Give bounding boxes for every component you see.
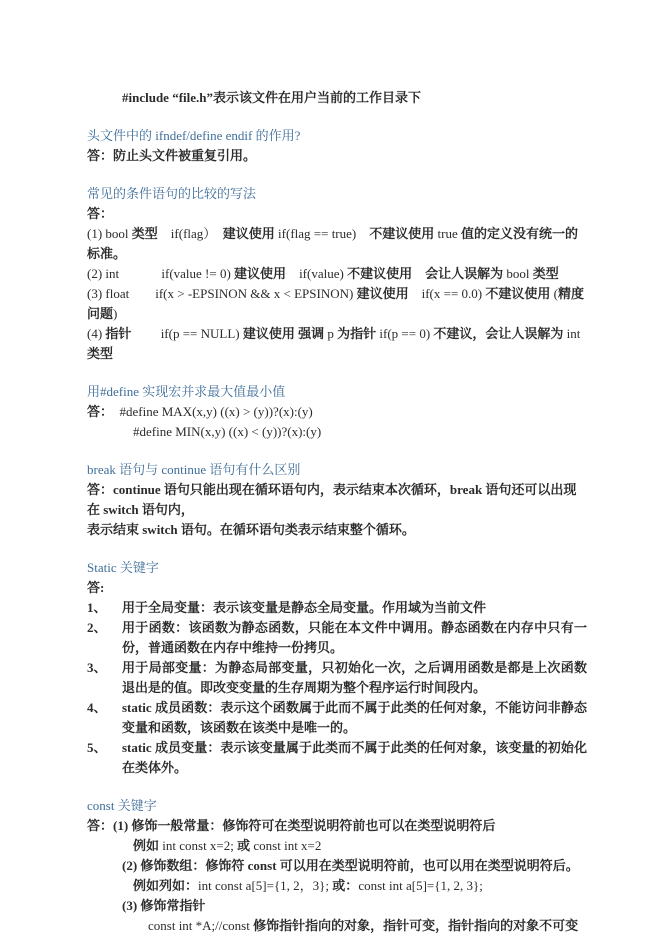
- text-segment: break 语句与 continue 语句有什么区别: [87, 462, 300, 477]
- text-segment: 用#define 实现宏并求最大值最小值: [87, 384, 285, 399]
- text-segment: static 成员函数：表示这个函数属于此而不属于此类的任何对象，不能访问非静态…: [122, 700, 587, 735]
- text-segment: const int *A;//const: [148, 918, 253, 933]
- text-line: #define MIN(x,y) ((x) < (y))?(x):(y): [87, 422, 587, 442]
- text-segment: const int a[5]={1, 2, 3};: [358, 878, 483, 893]
- text-segment: const 关键字: [87, 798, 157, 813]
- text-line: (1) bool 类型 if(flag） 建议使用 if(flag == tru…: [87, 224, 587, 264]
- text-line: (4) 指针 if(p == NULL) 建议使用 强调 p 为指针 if(p …: [87, 324, 587, 364]
- text-line: 例如 int const x=2; 或 const int x=2: [87, 836, 587, 856]
- text-segment: 例如列如：: [133, 878, 198, 893]
- list-item: 1、用于全局变量：表示该变量是静态全局变量。作用域为当前文件: [87, 598, 587, 618]
- text-segment: 建议使用: [357, 286, 409, 301]
- text-segment: if(flag）: [158, 226, 223, 241]
- text-segment: if(flag == true): [275, 226, 369, 241]
- text-segment: 会让人误解为: [425, 266, 503, 281]
- list-item-text: 用于局部变量：为静态局部变量，只初始化一次，之后调用函数是都是上次函数退出是的值…: [122, 658, 587, 698]
- text-segment: int const x=2;: [159, 838, 237, 853]
- text-line: 表示结束 switch 语句。在循环语句类表示结束整个循环。: [87, 520, 587, 540]
- text-segment: 建议使用: [223, 226, 275, 241]
- text-segment: [412, 266, 425, 281]
- text-line: (2) int if(value != 0) 建议使用 if(value) 不建…: [87, 264, 587, 284]
- section-gap: [87, 778, 587, 796]
- text-segment: int: [563, 326, 583, 341]
- text-segment: 不建议使用: [347, 266, 412, 281]
- list-item: 3、用于局部变量：为静态局部变量，只初始化一次，之后调用函数是都是上次函数退出是…: [87, 658, 587, 698]
- text-segment: 或: [237, 838, 250, 853]
- text-segment: (2) 修饰数组：修饰符 const 可以用在类型说明符前，也可以用在类型说明符…: [122, 858, 579, 873]
- text-segment: 用于函数：该函数为静态函数，只能在本文件中调用。静态函数在内存中只有一份，普通函…: [122, 620, 587, 655]
- text-segment: 建议使用 强调: [243, 326, 324, 341]
- document-body: #include “file.h”表示该文件在用户当前的工作目录下头文件中的 i…: [87, 88, 587, 936]
- text-segment: 不建议使用: [369, 226, 434, 241]
- text-segment: 常见的条件语句的比较的写法: [87, 186, 256, 201]
- section-heading: Static 关键字: [87, 558, 587, 578]
- text-segment: #define MAX(x,y) ((x) > (y))?(x):(y): [107, 404, 313, 419]
- list-number: 5、: [87, 738, 122, 778]
- text-segment: 不建议，会让人误解为: [433, 326, 563, 341]
- text-segment: 指针: [105, 326, 131, 341]
- text-segment: 头文件中的 ifndef/define endif 的作用?: [87, 128, 300, 143]
- text-segment: if(value): [286, 266, 347, 281]
- section-heading: break 语句与 continue 语句有什么区别: [87, 460, 587, 480]
- text-segment: Static 关键字: [87, 560, 159, 575]
- text-segment: 类型: [533, 266, 559, 281]
- text-line: 例如列如：int const a[5]={1, 2，3}; 或：const in…: [87, 876, 587, 896]
- text-line: 答：: [87, 204, 587, 224]
- section-heading: 用#define 实现宏并求最大值最小值: [87, 382, 587, 402]
- text-segment: if(x == 0.0): [409, 286, 486, 301]
- text-segment: 答：防止头文件被重复引用。: [87, 148, 256, 163]
- text-segment: 类型: [132, 226, 158, 241]
- list-item-text: static 成员函数：表示这个函数属于此而不属于此类的任何对象，不能访问非静态…: [122, 698, 587, 738]
- list-item-text: 用于函数：该函数为静态函数，只能在本文件中调用。静态函数在内存中只有一份，普通函…: [122, 618, 587, 658]
- text-segment: 答：continue 语句只能出现在循环语句内，表示结束本次循环，break 语…: [87, 482, 576, 517]
- text-segment: bool: [503, 266, 533, 281]
- text-segment: 答：: [87, 404, 107, 419]
- text-line: 答： #define MAX(x,y) ((x) > (y))?(x):(y): [87, 402, 587, 422]
- text-segment: (3) float if(x > -EPSINON && x < EPSINON…: [87, 286, 357, 301]
- section-gap: [87, 442, 587, 460]
- text-line: 答：防止头文件被重复引用。: [87, 146, 587, 166]
- text-line: 答：(1) 修饰一般常量：修饰符可在类型说明符前也可以在类型说明符后: [87, 816, 587, 836]
- text-segment: if(p == 0): [376, 326, 433, 341]
- text-segment: 答:: [87, 580, 104, 595]
- text-segment: int const a[5]={1, 2，3};: [198, 878, 332, 893]
- text-segment: 答：: [87, 206, 113, 221]
- text-segment: 答：(1) 修饰一般常量：修饰符可在类型说明符前也可以在类型说明符后: [87, 818, 495, 833]
- text-segment: 建议使用: [234, 266, 286, 281]
- section-gap: [87, 108, 587, 126]
- text-line: (3) float if(x > -EPSINON && x < EPSINON…: [87, 284, 587, 324]
- text-segment: ): [113, 306, 117, 321]
- text-line: 答：continue 语句只能出现在循环语句内，表示结束本次循环，break 语…: [87, 480, 587, 520]
- section-heading: 头文件中的 ifndef/define endif 的作用?: [87, 126, 587, 146]
- text-segment: 例如: [133, 838, 159, 853]
- text-segment: 不建议使用: [485, 286, 550, 301]
- text-line: (3) 修饰常指针: [87, 896, 587, 916]
- text-segment: (: [550, 286, 558, 301]
- text-segment: (2) int if(value != 0): [87, 266, 234, 281]
- text-segment: true: [434, 226, 461, 241]
- text-segment: (4): [87, 326, 105, 341]
- text-segment: static 成员变量：表示该变量属于此类而不属于此类的任何对象，该变量的初始化…: [122, 740, 587, 775]
- text-line: #include “file.h”表示该文件在用户当前的工作目录下: [87, 88, 587, 108]
- text-segment: (1) bool: [87, 226, 132, 241]
- text-segment: (3) 修饰常指针: [122, 898, 205, 913]
- text-segment: 用于全局变量：表示该变量是静态全局变量。作用域为当前文件: [122, 600, 486, 615]
- text-segment: 表示结束 switch 语句。在循环语句类表示结束整个循环。: [87, 522, 415, 537]
- list-item: 2、用于函数：该函数为静态函数，只能在本文件中调用。静态函数在内存中只有一份，普…: [87, 618, 587, 658]
- list-item-text: 用于全局变量：表示该变量是静态全局变量。作用域为当前文件: [122, 598, 587, 618]
- section-gap: [87, 166, 587, 184]
- section-heading: const 关键字: [87, 796, 587, 816]
- text-segment: 类型: [87, 346, 113, 361]
- list-item: 5、static 成员变量：表示该变量属于此类而不属于此类的任何对象，该变量的初…: [87, 738, 587, 778]
- section-gap: [87, 364, 587, 382]
- text-segment: 修饰指针指向的对象，指针可变，指针指向的对象不可变: [253, 918, 578, 933]
- list-number: 4、: [87, 698, 122, 738]
- text-segment: const int x=2: [250, 838, 321, 853]
- section-heading: 常见的条件语句的比较的写法: [87, 184, 587, 204]
- list-item: 4、static 成员函数：表示这个函数属于此而不属于此类的任何对象，不能访问非…: [87, 698, 587, 738]
- text-line: 答:: [87, 578, 587, 598]
- section-gap: [87, 540, 587, 558]
- text-segment: #include “file.h”表示该文件在用户当前的工作目录下: [122, 90, 421, 105]
- text-segment: if(p == NULL): [131, 326, 242, 341]
- text-segment: #define MIN(x,y) ((x) < (y))?(x):(y): [133, 424, 321, 439]
- text-line: (2) 修饰数组：修饰符 const 可以用在类型说明符前，也可以用在类型说明符…: [87, 856, 587, 876]
- text-segment: 为指针: [337, 326, 376, 341]
- list-item-text: static 成员变量：表示该变量属于此类而不属于此类的任何对象，该变量的初始化…: [122, 738, 587, 778]
- list-number: 3、: [87, 658, 122, 698]
- text-segment: 用于局部变量：为静态局部变量，只初始化一次，之后调用函数是都是上次函数退出是的值…: [122, 660, 587, 695]
- list-number: 2、: [87, 618, 122, 658]
- document-page: #include “file.h”表示该文件在用户当前的工作目录下头文件中的 i…: [0, 0, 666, 941]
- text-segment: 或：: [332, 878, 358, 893]
- text-segment: p: [324, 326, 337, 341]
- list-number: 1、: [87, 598, 122, 618]
- text-line: const int *A;//const 修饰指针指向的对象，指针可变，指针指向…: [87, 916, 587, 936]
